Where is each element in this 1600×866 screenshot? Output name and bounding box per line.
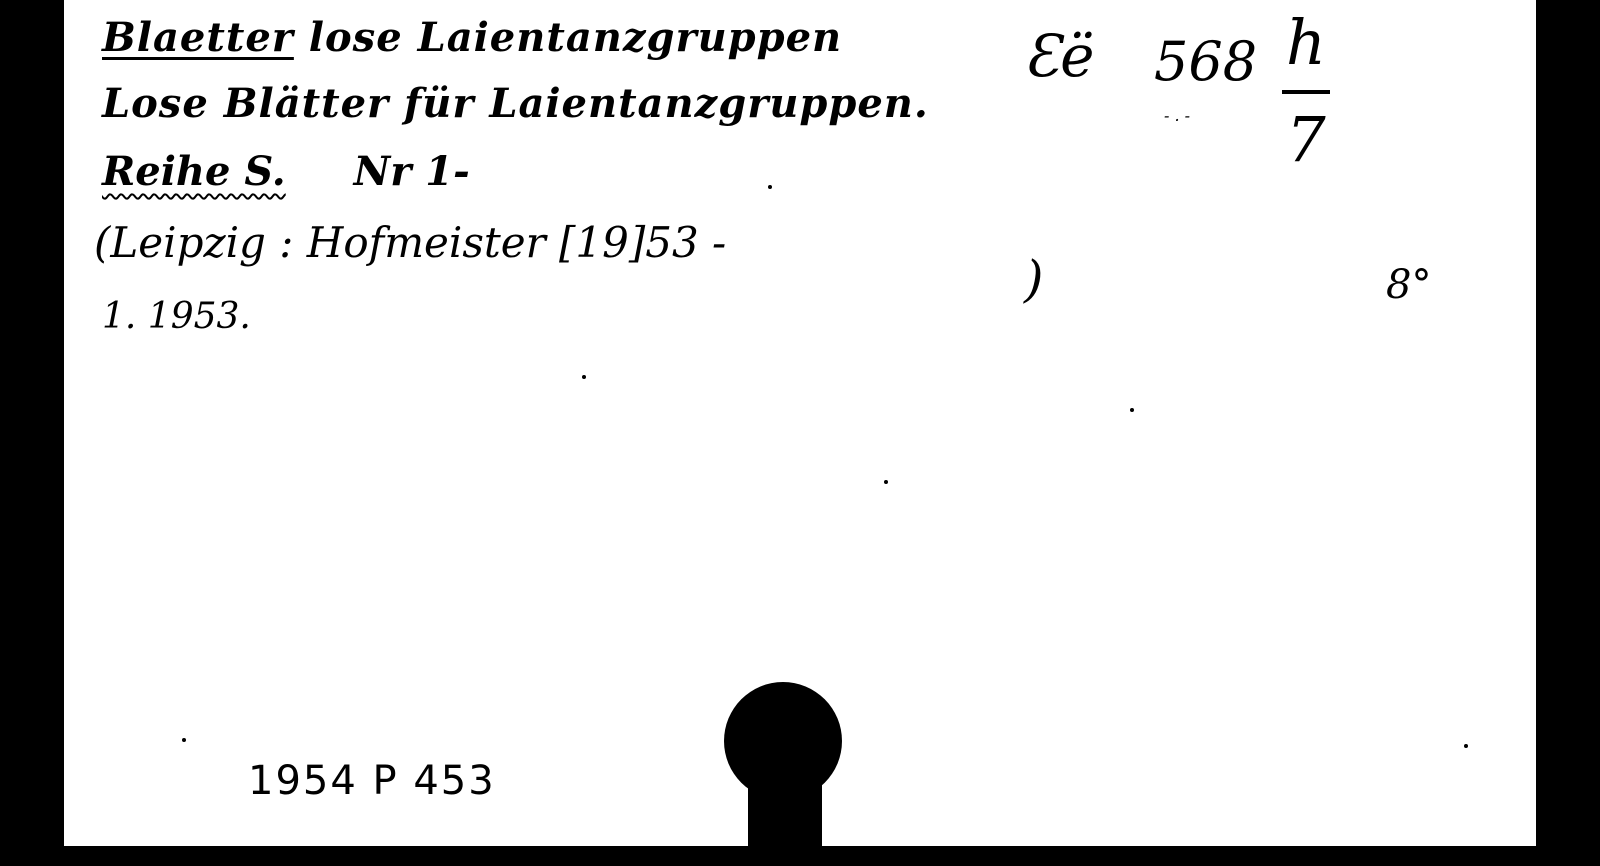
- speck: [1130, 408, 1134, 412]
- fraction-top: h: [1276, 0, 1336, 86]
- speck: [768, 185, 772, 189]
- catalog-card: Blaetter lose Laientanzgruppen Lose Blät…: [64, 0, 1536, 846]
- title-heading-underlined: Blaetter: [102, 14, 294, 61]
- smudge-marks: - . -: [1164, 106, 1190, 125]
- series-label: Reihe S.: [102, 148, 286, 195]
- title-heading: Blaetter lose Laientanzgruppen: [102, 14, 842, 61]
- series-line: Reihe S. Nr 1-: [102, 148, 470, 195]
- accession-number: 1954 P 453: [248, 758, 496, 804]
- punch-hole-stem: [748, 780, 822, 846]
- call-number: 568: [1154, 30, 1257, 93]
- speck: [1464, 744, 1468, 748]
- title-full: Lose Blätter für Laientanzgruppen.: [102, 80, 929, 127]
- speck: [582, 375, 586, 379]
- fraction-bar: [1282, 90, 1330, 94]
- call-number-fraction: h 7: [1276, 0, 1336, 180]
- fraction-bottom: 7: [1276, 100, 1336, 180]
- call-number-prefix: Ɛë: [1024, 22, 1094, 90]
- speck: [182, 738, 186, 742]
- imprint-close-paren: ): [1024, 250, 1044, 308]
- series-number: Nr 1-: [354, 148, 470, 195]
- holdings: 1. 1953.: [102, 296, 251, 337]
- imprint: (Leipzig : Hofmeister [19]53 -: [94, 218, 726, 267]
- speck: [884, 480, 888, 484]
- title-heading-rest: lose Laientanzgruppen: [309, 14, 842, 61]
- format-size: 8°: [1386, 262, 1431, 308]
- scan-bottom-edge: [0, 846, 1600, 866]
